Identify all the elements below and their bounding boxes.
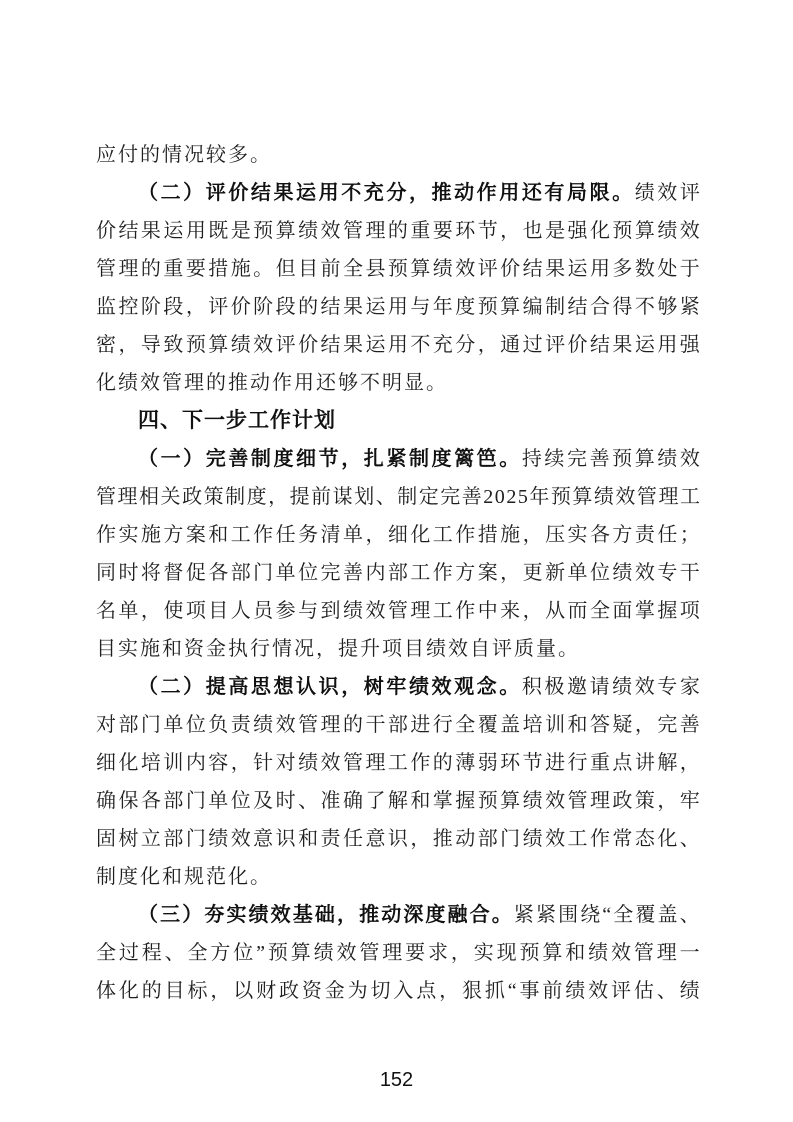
text-char: 进 [545,744,565,782]
text-line: 名单，使项目人员参与到绩效管理工作中来，从而全面掌握项 [96,592,700,630]
text-char: 部 [231,554,251,592]
text-char: 用 [388,288,408,326]
text-char: 0 [495,478,505,516]
text-char: 财 [256,972,276,1010]
text-char: 各 [141,782,161,820]
text-char: 充 [364,174,384,212]
text-char: 、 [680,896,700,934]
text-line: 确保各部门单位及时、准确了解和掌握预算绩效管理政策，牢 [96,782,700,820]
text-line: 固树立部门绩效意识和责任意识，推动部门绩效工作常态化、 [96,820,700,858]
text-char: 工 [568,820,588,858]
text-char: 效 [432,668,452,706]
text-char: 点 [612,744,632,782]
text-char: 目 [165,972,185,1010]
text-char: 单 [568,554,588,592]
text-char: 结 [118,212,138,250]
text-char: 训 [163,744,183,782]
text-line: 作实施方案和工作任务清单，细化工作措施，压实各方责任； [96,516,700,554]
text-char: 运 [568,250,588,288]
text-char: ， [439,972,459,1010]
text-char: ， [231,744,251,782]
text-char: 紧 [536,896,556,934]
text-char: 管 [96,250,116,288]
text-char: 对 [276,744,296,782]
text-char: 案 [186,516,206,554]
text-char: 一 [680,934,700,972]
text-char: 效 [231,820,251,858]
text-char: 续 [544,440,564,478]
text-char: 紧 [386,440,406,478]
document-page: 应付的情况较多。（二）评价结果运用不充分，推动作用还有局限。绩效评价结果运用既是… [0,0,793,1122]
text-char: 意 [365,820,385,858]
text-char: 。 [492,896,512,934]
text-char: ， [118,326,138,364]
text-char: 过 [523,326,543,364]
text-char: 不 [341,174,361,212]
text-char: 全 [188,934,208,972]
text-char: 绩 [523,820,543,858]
text-segment: 目实施和资金执行情况，提升项目绩效自评质量。 [96,638,580,660]
text-char: 部 [388,706,408,744]
text-char: 夯 [204,896,224,934]
text-char: 握 [455,782,475,820]
text-line: 应付的情况较多。 [96,136,700,174]
text-char: 方 [612,516,632,554]
text-line: 密，导致预算绩效评价结果运用不充分，通过评价结果运用强 [96,326,700,364]
text-char: 部 [478,820,498,858]
text-char: 预 [478,782,498,820]
text-char: 意 [253,820,273,858]
text-char: 更 [523,554,543,592]
text-char: 结 [590,326,610,364]
text-char: 分 [386,174,406,212]
text-char: 预 [612,440,632,478]
text-char: 结 [321,326,341,364]
text-char: 门 [253,554,273,592]
text-char: 效 [545,820,565,858]
text-char: 以 [233,972,253,1010]
text-char: 全 [590,592,610,630]
text-char: 不 [635,288,655,326]
text-char: 也 [523,212,543,250]
text-char: 作 [253,516,273,554]
text-line: （二）提高思想认识，树牢绩效观念。积极邀请绩效专家 [96,668,700,706]
text-char: 、 [376,478,396,516]
text-char: 极 [544,668,564,706]
text-line: （一）完善制度细节，扎紧制度篱笆。持续完善预算绩效 [96,440,700,478]
text-char: ， [523,592,543,630]
text-char: 完 [567,440,587,478]
section-heading: 四、下一步工作计划 [96,402,700,440]
text-char: 密 [96,326,116,364]
text-char: 细 [296,440,316,478]
text-char: 评 [208,288,228,326]
text-char: 重 [410,212,430,250]
text-char: ， [451,934,471,972]
text-char: 分 [455,326,475,364]
text-char: 度 [425,896,445,934]
text-char: 合 [470,896,490,934]
text-char: 价 [231,288,251,326]
text-char: 时 [276,782,296,820]
text-line: 化绩效管理的推动作用还够不明显。 [96,364,700,402]
text-char: ， [210,972,230,1010]
text-char: 方 [210,934,230,972]
text-char: 预 [612,212,632,250]
text-char: 预 [253,212,273,250]
text-char: 项 [680,592,700,630]
text-char: 评 [276,326,296,364]
text-line: 对部门单位负责绩效管理的干部进行全覆盖培训和答疑，完善 [96,706,700,744]
text-char: 行 [568,744,588,782]
text-line: 监控阶段，评价阶段的结果运用与年度预算编制结合得不够紧 [96,288,700,326]
text-char: “ [508,972,517,1010]
text-char: 重 [590,744,610,782]
text-char: 节 [523,744,543,782]
text-char: 结 [251,174,271,212]
text-char: 三 [160,896,180,934]
text-char: ， [141,592,161,630]
text-char: 但 [276,250,296,288]
text-char: 监 [96,288,116,326]
text-char: 度 [247,478,267,516]
text-char: 价 [96,212,116,250]
text-char: 位 [186,706,206,744]
text-char: 内 [186,744,206,782]
text-line: 全过程、全方位”预算绩效管理要求，实现预算和绩效管理一 [96,934,700,972]
text-char: 算 [500,288,520,326]
text-char: 制 [397,478,417,516]
text-char: 部 [163,820,183,858]
text-char: 既 [208,212,228,250]
text-char: 完 [657,706,677,744]
text-char: 名 [96,592,116,630]
text-char: 态 [635,820,655,858]
text-char: 位 [233,934,253,972]
text-char: 任 [276,516,296,554]
text-char: 责 [231,706,251,744]
text-char: 不 [410,326,430,364]
text-char: 局 [567,174,587,212]
text-char: 作 [477,174,497,212]
text-char: 效 [680,212,700,250]
text-char: 定 [419,478,439,516]
text-char: 的 [142,972,162,1010]
text-segment: 制度化和规范化。 [96,866,272,888]
text-char: 与 [298,592,318,630]
text-char: 固 [96,820,116,858]
text-char: 门 [500,820,520,858]
text-char: 的 [388,212,408,250]
text-char: 价 [228,174,248,212]
text-char: 门 [186,820,206,858]
text-char: 善 [343,554,363,592]
text-char: 运 [163,212,183,250]
text-char: 段 [276,288,296,326]
text-char: ） [182,896,202,934]
text-char: 的 [141,250,161,288]
text-char: 。 [253,250,273,288]
text-char: 观 [454,668,474,706]
text-char: 评 [611,972,631,1010]
text-char: 及 [253,782,273,820]
text-char: 推 [432,174,452,212]
text-char: 全 [455,706,475,744]
text-char: 算 [572,478,592,516]
text-char: 盖 [658,896,678,934]
text-char: 狠 [462,972,482,1010]
text-char: 施 [141,516,161,554]
text-char: 管 [343,744,363,782]
text-char: 前 [321,250,341,288]
text-char: 。 [612,174,632,212]
text-char: ， [186,288,206,326]
text-char: 使 [163,592,183,630]
text-char: 绩 [565,972,585,1010]
text-char: 绩 [249,896,269,934]
text-line: 价结果运用既是预算绩效管理的重要环节，也是强化预算绩效 [96,212,700,250]
text-char: 各 [590,516,610,554]
text-char: 立 [141,820,161,858]
text-char: 充 [433,326,453,364]
text-char: 段 [163,288,183,326]
text-char: 和 [568,706,588,744]
text-char: 果 [141,212,161,250]
text-char: 运 [296,174,316,212]
text-char: 化 [119,972,139,1010]
text-char: 持 [522,440,542,478]
text-char: 前 [542,972,562,1010]
text-char: 的 [298,288,318,326]
text-char: 门 [186,782,206,820]
text-char: 覆 [478,706,498,744]
text-char: ） [183,668,203,706]
text-char: 果 [343,326,363,364]
text-char: 。 [499,668,519,706]
text-char: 完 [440,478,460,516]
text-char: 面 [612,592,632,630]
text-char: 用 [657,326,677,364]
text-char: 实 [474,934,494,972]
text-char: 政 [182,478,202,516]
text-char: 关 [161,478,181,516]
text-char: 绩 [343,592,363,630]
text-char: 绩 [594,478,614,516]
text-char: 用 [590,250,610,288]
text-char: 参 [276,592,296,630]
text-char: 价 [298,326,318,364]
text-char: 结 [568,288,588,326]
text-char: 识 [388,820,408,858]
text-char: 善 [680,706,700,744]
text-char: 完 [321,554,341,592]
text-char: 评 [680,174,700,212]
text-char: 资 [302,972,322,1010]
text-char: 效 [321,744,341,782]
text-char: （ [138,668,158,706]
text-char: 绩 [612,668,632,706]
text-char: 预 [478,288,498,326]
text-char: 绕 [580,896,600,934]
text-char: 的 [433,744,453,782]
text-char: 干 [365,706,385,744]
text-char: 绩 [298,212,318,250]
text-char: 重 [163,250,183,288]
text-char: 紧 [514,896,534,934]
text-char: ， [341,668,361,706]
text-char: 、 [298,782,318,820]
text-char: 位 [298,554,318,592]
text-char: ， [409,174,429,212]
text-char: 务 [298,516,318,554]
text-char: 制 [545,288,565,326]
text-char: 2 [483,478,493,516]
text-char: 和 [298,820,318,858]
text-char: 而 [568,592,588,630]
text-char: 了 [365,782,385,820]
text-char: 训 [545,706,565,744]
text-char: 作 [433,554,453,592]
text-char: 培 [523,706,543,744]
text-char: 价 [500,250,520,288]
text-char: 运 [365,326,385,364]
text-char: 绩 [298,744,318,782]
text-char: 合 [590,288,610,326]
text-char: ， [523,516,543,554]
text-char: 念 [477,668,497,706]
text-line: 体化的目标，以财政资金为切入点，狠抓“事前绩效评估、绩 [96,972,700,1010]
text-char: 确 [96,782,116,820]
text-char: 效 [545,782,565,820]
text-char: 算 [291,934,311,972]
text-char: 理 [590,782,610,820]
text-char: 县 [365,250,385,288]
text-char: 2 [506,478,516,516]
text-char: 理 [382,934,402,972]
text-char: 绩 [657,440,677,478]
text-char: 作 [96,516,116,554]
text-char: 单 [118,592,138,630]
text-char: 理 [365,212,385,250]
text-char: 推 [433,820,453,858]
text-char: 邀 [567,668,587,706]
text-char: 内 [365,554,385,592]
text-char: 估 [634,972,654,1010]
text-char: 基 [293,896,313,934]
text-char: 前 [311,478,331,516]
text-char: 用 [499,174,519,212]
text-char: 推 [359,896,379,934]
text-char: 与 [410,288,430,326]
text-char: 化 [118,744,138,782]
text-char: 员 [253,592,273,630]
text-char: 阶 [141,288,161,326]
text-char: （ [138,174,158,212]
text-char: 效 [680,440,700,478]
text-char: 作 [455,516,475,554]
text-char: 政 [612,782,632,820]
text-char: 果 [343,288,363,326]
text-char: 和 [208,516,228,554]
text-char: 确 [343,782,363,820]
text-char: ， [478,326,498,364]
text-char: 、 [680,820,700,858]
text-char: 清 [321,516,341,554]
text-char: 实 [226,896,246,934]
text-char: 全 [96,934,116,972]
text-char: 部 [118,706,138,744]
text-char: 施 [500,516,520,554]
text-char: 针 [253,744,273,782]
text-char: 到 [321,592,341,630]
text-char: 目 [208,592,228,630]
text-char: 程 [142,934,162,972]
text-char: 干 [680,554,700,592]
text-char: 方 [163,516,183,554]
text-char: 效 [276,706,296,744]
text-char: 各 [208,554,228,592]
text-char: 位 [231,782,251,820]
text-char: 化 [410,516,430,554]
text-char: 是 [545,212,565,250]
text-char: 时 [118,554,138,592]
text-char: 控 [118,288,138,326]
text-line: 管理的重要措施。但目前全县预算绩效评价结果运用多数处于 [96,250,700,288]
document-lines: 应付的情况较多。（二）评价结果运用不充分，推动作用还有局限。绩效评价结果运用既是… [96,136,700,1010]
text-char: 部 [388,554,408,592]
text-char: 紧 [680,288,700,326]
text-char: 细 [96,744,116,782]
text-char: 果 [545,250,565,288]
text-char: 阶 [253,288,273,326]
text-char: 致 [163,326,183,364]
text-char: 用 [186,212,206,250]
text-char: 认 [296,668,316,706]
text-char: 度 [432,440,452,478]
text-char: 实 [568,516,588,554]
text-char: 督 [163,554,183,592]
text-char: 细 [388,516,408,554]
text-char: 预 [388,250,408,288]
text-char: 预 [520,934,540,972]
text-char: ， [635,706,655,744]
text-char: 管 [388,592,408,630]
text-char: 础 [315,896,335,934]
text-char: 谋 [333,478,353,516]
text-char: 融 [448,896,468,934]
text-char: 多 [612,250,632,288]
text-char: 对 [96,706,116,744]
text-char: 、 [657,972,677,1010]
text-char: 处 [657,250,677,288]
text-char: ， [268,478,288,516]
text-char: 准 [321,782,341,820]
text-char: 解 [388,782,408,820]
text-char: 识 [319,668,339,706]
text-char: 扎 [364,440,384,478]
text-char: 部 [163,782,183,820]
text-char: 年 [433,288,453,326]
text-char: 算 [410,250,430,288]
text-char: 树 [118,820,138,858]
text-char: 的 [343,706,363,744]
text-char: 作 [410,744,430,782]
text-char: 绩 [314,934,334,972]
text-char: 提 [206,668,226,706]
text-char: 工 [410,554,430,592]
text-char: 全 [613,896,633,934]
text-char: 求 [428,934,448,972]
